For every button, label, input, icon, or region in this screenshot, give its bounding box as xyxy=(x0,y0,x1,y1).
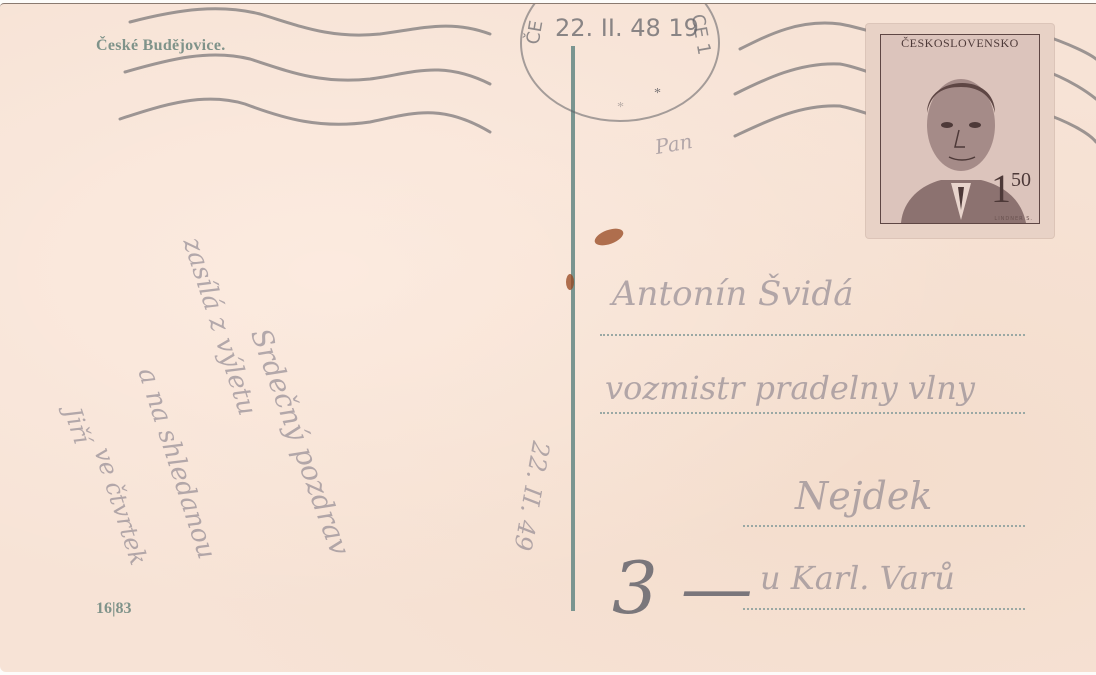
postmark-date: 22. II. 48 19 xyxy=(555,14,699,42)
message-line-2: zasílá z výletu xyxy=(176,234,262,419)
postcard: České Budějovice. 16|83 22. II. 48 19 ČE… xyxy=(0,3,1096,672)
address-line-3 xyxy=(743,525,1025,527)
message-line-4: ve čtvrtek xyxy=(88,444,152,569)
message-line-3: a na shledanou xyxy=(131,364,221,563)
series-number: 16|83 xyxy=(96,600,132,618)
stamp-value: 150 xyxy=(991,169,1031,209)
handwritten-note-near-postmark: Pan xyxy=(653,129,694,159)
message-date: 22. II. 49 xyxy=(508,439,555,553)
postmark-star-icon: * xyxy=(617,100,624,116)
address-line-4 xyxy=(743,608,1025,610)
address-text-line-3: Nejdek xyxy=(795,474,932,518)
printed-place-title: České Budějovice. xyxy=(96,37,226,55)
stamp-value-main: 1 xyxy=(991,166,1011,211)
postmark-star-icon: * xyxy=(654,86,661,102)
address-divider-line xyxy=(571,46,575,611)
address-line-2 xyxy=(600,412,1025,414)
address-line-1 xyxy=(600,334,1025,336)
address-text-line-2: vozmistr pradelny vlny xyxy=(605,369,975,407)
postage-stamp: ČESKOSLOVENSKO 150 LINDNER S. xyxy=(866,24,1054,238)
rust-stain xyxy=(566,274,574,290)
message-line-1: Srdečný pozdrav xyxy=(244,324,357,560)
stamp-frame: ČESKOSLOVENSKO 150 LINDNER S. xyxy=(880,34,1040,224)
stamp-engraver: LINDNER S. xyxy=(994,216,1033,222)
pencil-number-mark: 3 — xyxy=(612,552,753,624)
rust-stain xyxy=(593,225,626,248)
postmark-ring-text-left: ČE xyxy=(523,19,548,46)
address-text-line-1: Antonín Švidá xyxy=(612,274,853,314)
address-text-line-4: u Karl. Varů xyxy=(760,559,955,597)
stamp-value-fraction: 50 xyxy=(1011,169,1031,191)
message-signature: Jiří xyxy=(58,404,96,447)
